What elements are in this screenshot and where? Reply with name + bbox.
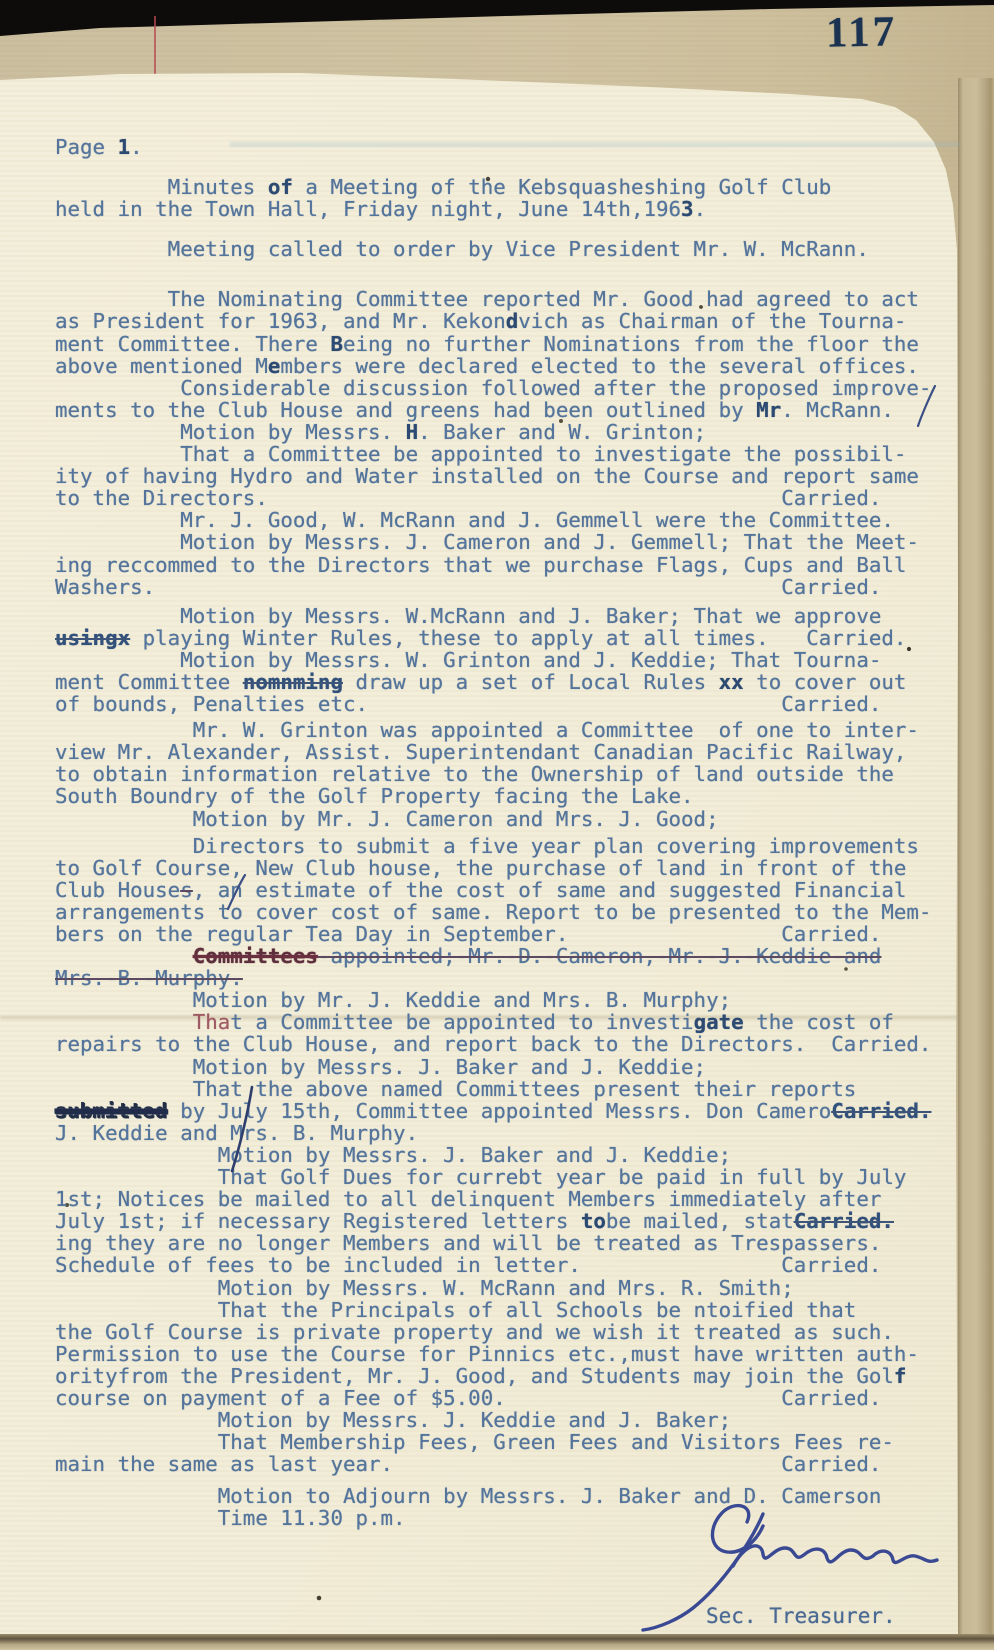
text-line: Permission to use the Course for Pinnics… [55, 1343, 975, 1365]
text-line: of bounds, Penalties etc. Carried. [55, 693, 975, 715]
text-line: arrangements to cover cost of same. Repo… [55, 901, 975, 923]
text-line: Motion by Messrs. J. Baker and J. Keddie… [55, 1056, 975, 1078]
text-line: ment Committee nomnming draw up a set of… [55, 671, 975, 693]
torn-bottom-edge [0, 1634, 994, 1650]
text-line: submitted by July 15th, Committee appoin… [55, 1100, 975, 1122]
text-line: main the same as last year. Carried. [55, 1453, 975, 1475]
text-line: Mrs.-B.-Murphy. [55, 967, 975, 989]
text-line: Motion by Messrs. W.McRann and J. Baker;… [55, 605, 975, 627]
text-line: Motion by Messrs. J. Cameron and J. Gemm… [55, 531, 975, 553]
text-line: to Golf Course, New Club house, the purc… [55, 857, 975, 879]
text-line: held in the Town Hall, Friday night, Jun… [55, 198, 975, 220]
text-line: That a Committee be appointed to investi… [55, 1011, 975, 1033]
text-line: That the Principals of all Schools be nt… [55, 1299, 975, 1321]
signature-title: Sec. Treasurer. [706, 1604, 896, 1628]
text-line: Page 1. [55, 136, 975, 158]
text-line: That Membership Fees, Green Fees and Vis… [55, 1431, 975, 1453]
text-line: Motion by Messrs. H. Baker and W. Grinto… [55, 421, 975, 443]
text-line: repairs to the Club House, and report ba… [55, 1033, 975, 1055]
text-line: ing reccommed to the Directors that we p… [55, 554, 975, 576]
text-line: bers on the regular Tea Day in September… [55, 923, 975, 945]
text-line: Motion by Messrs. W. Grinton and J. Kedd… [55, 649, 975, 671]
text-line: Motion by Messrs. J. Baker and J. Keddie… [55, 1144, 975, 1166]
text-line: Motion by Messrs. W. McRann and Mrs. R. … [55, 1277, 975, 1299]
text-line: Committees-appointed;-Mr.-D.-Cameron,-Mr… [55, 945, 975, 967]
text-line: view Mr. Alexander, Assist. Superintenda… [55, 741, 975, 763]
text-line: course on payment of a Fee of $5.00. Car… [55, 1387, 975, 1409]
text-line: Schedule of fees to be included in lette… [55, 1254, 975, 1276]
text-line: July 1st; if necessary Registered letter… [55, 1210, 975, 1232]
text-line: Considerable discussion followed after t… [55, 377, 975, 399]
text-line: Time 11.30 p.m. [55, 1507, 975, 1529]
text-line: Motion to Adjourn by Messrs. J. Baker an… [55, 1485, 975, 1507]
text-line: That a Committee be appointed to investi… [55, 443, 975, 465]
text-line: That Golf Dues for currebt year be paid … [55, 1166, 975, 1188]
text-line: Minutes of a Meeting of the Kebsquashesh… [55, 176, 975, 198]
text-line: as President for 1963, and Mr. Kekondvic… [55, 310, 975, 332]
text-line: above mentioned Members were declared el… [55, 355, 975, 377]
text-line: That the above named Committees present … [55, 1078, 975, 1100]
text-line: The Nominating Committee reported Mr. Go… [55, 288, 975, 310]
text-line: Meeting called to order by Vice Presiden… [55, 238, 975, 260]
text-line: to obtain information relative to the Ow… [55, 763, 975, 785]
text-line: to the Directors. Carried. [55, 487, 975, 509]
text-line: J. Keddie and Mrs. B. Murphy. [55, 1122, 975, 1144]
text-line: Motion by Mr. J. Cameron and Mrs. J. Goo… [55, 808, 975, 830]
text-line: ments to the Club House and greens had b… [55, 399, 975, 421]
document-body: Page 1. Minutes of a Meeting of the Kebs… [55, 136, 975, 1530]
text-line: Motion by Messrs. J. Keddie and J. Baker… [55, 1409, 975, 1431]
text-line: South Boundry of the Golf Property facin… [55, 785, 975, 807]
text-line: usingx playing Winter Rules, these to ap… [55, 627, 975, 649]
text-line: Directors to submit a five year plan cov… [55, 835, 975, 857]
text-line: Washers. Carried. [55, 576, 975, 598]
text-line: orityfrom the President, Mr. J. Good, an… [55, 1365, 975, 1387]
text-line: ity of having Hydro and Water installed … [55, 465, 975, 487]
page-number-stamp: 117 [826, 7, 898, 57]
paper-specks [0, 0, 2, 2]
text-line: Mr. W. Grinton was appointed a Committee… [55, 719, 975, 741]
text-line: Mr. J. Good, W. McRann and J. Gemmell we… [55, 509, 975, 531]
text-line: 1st; Notices be mailed to all delinquent… [55, 1188, 975, 1210]
text-line: ing they are no longer Members and will … [55, 1232, 975, 1254]
text-line: the Golf Course is private property and … [55, 1321, 975, 1343]
red-margin-line [154, 16, 156, 78]
text-line: Club Houses, an estimate of the cost of … [55, 879, 975, 901]
text-line: Motion by Mr. J. Keddie and Mrs. B. Murp… [55, 989, 975, 1011]
text-line: ment Committee. There Being no further N… [55, 333, 975, 355]
